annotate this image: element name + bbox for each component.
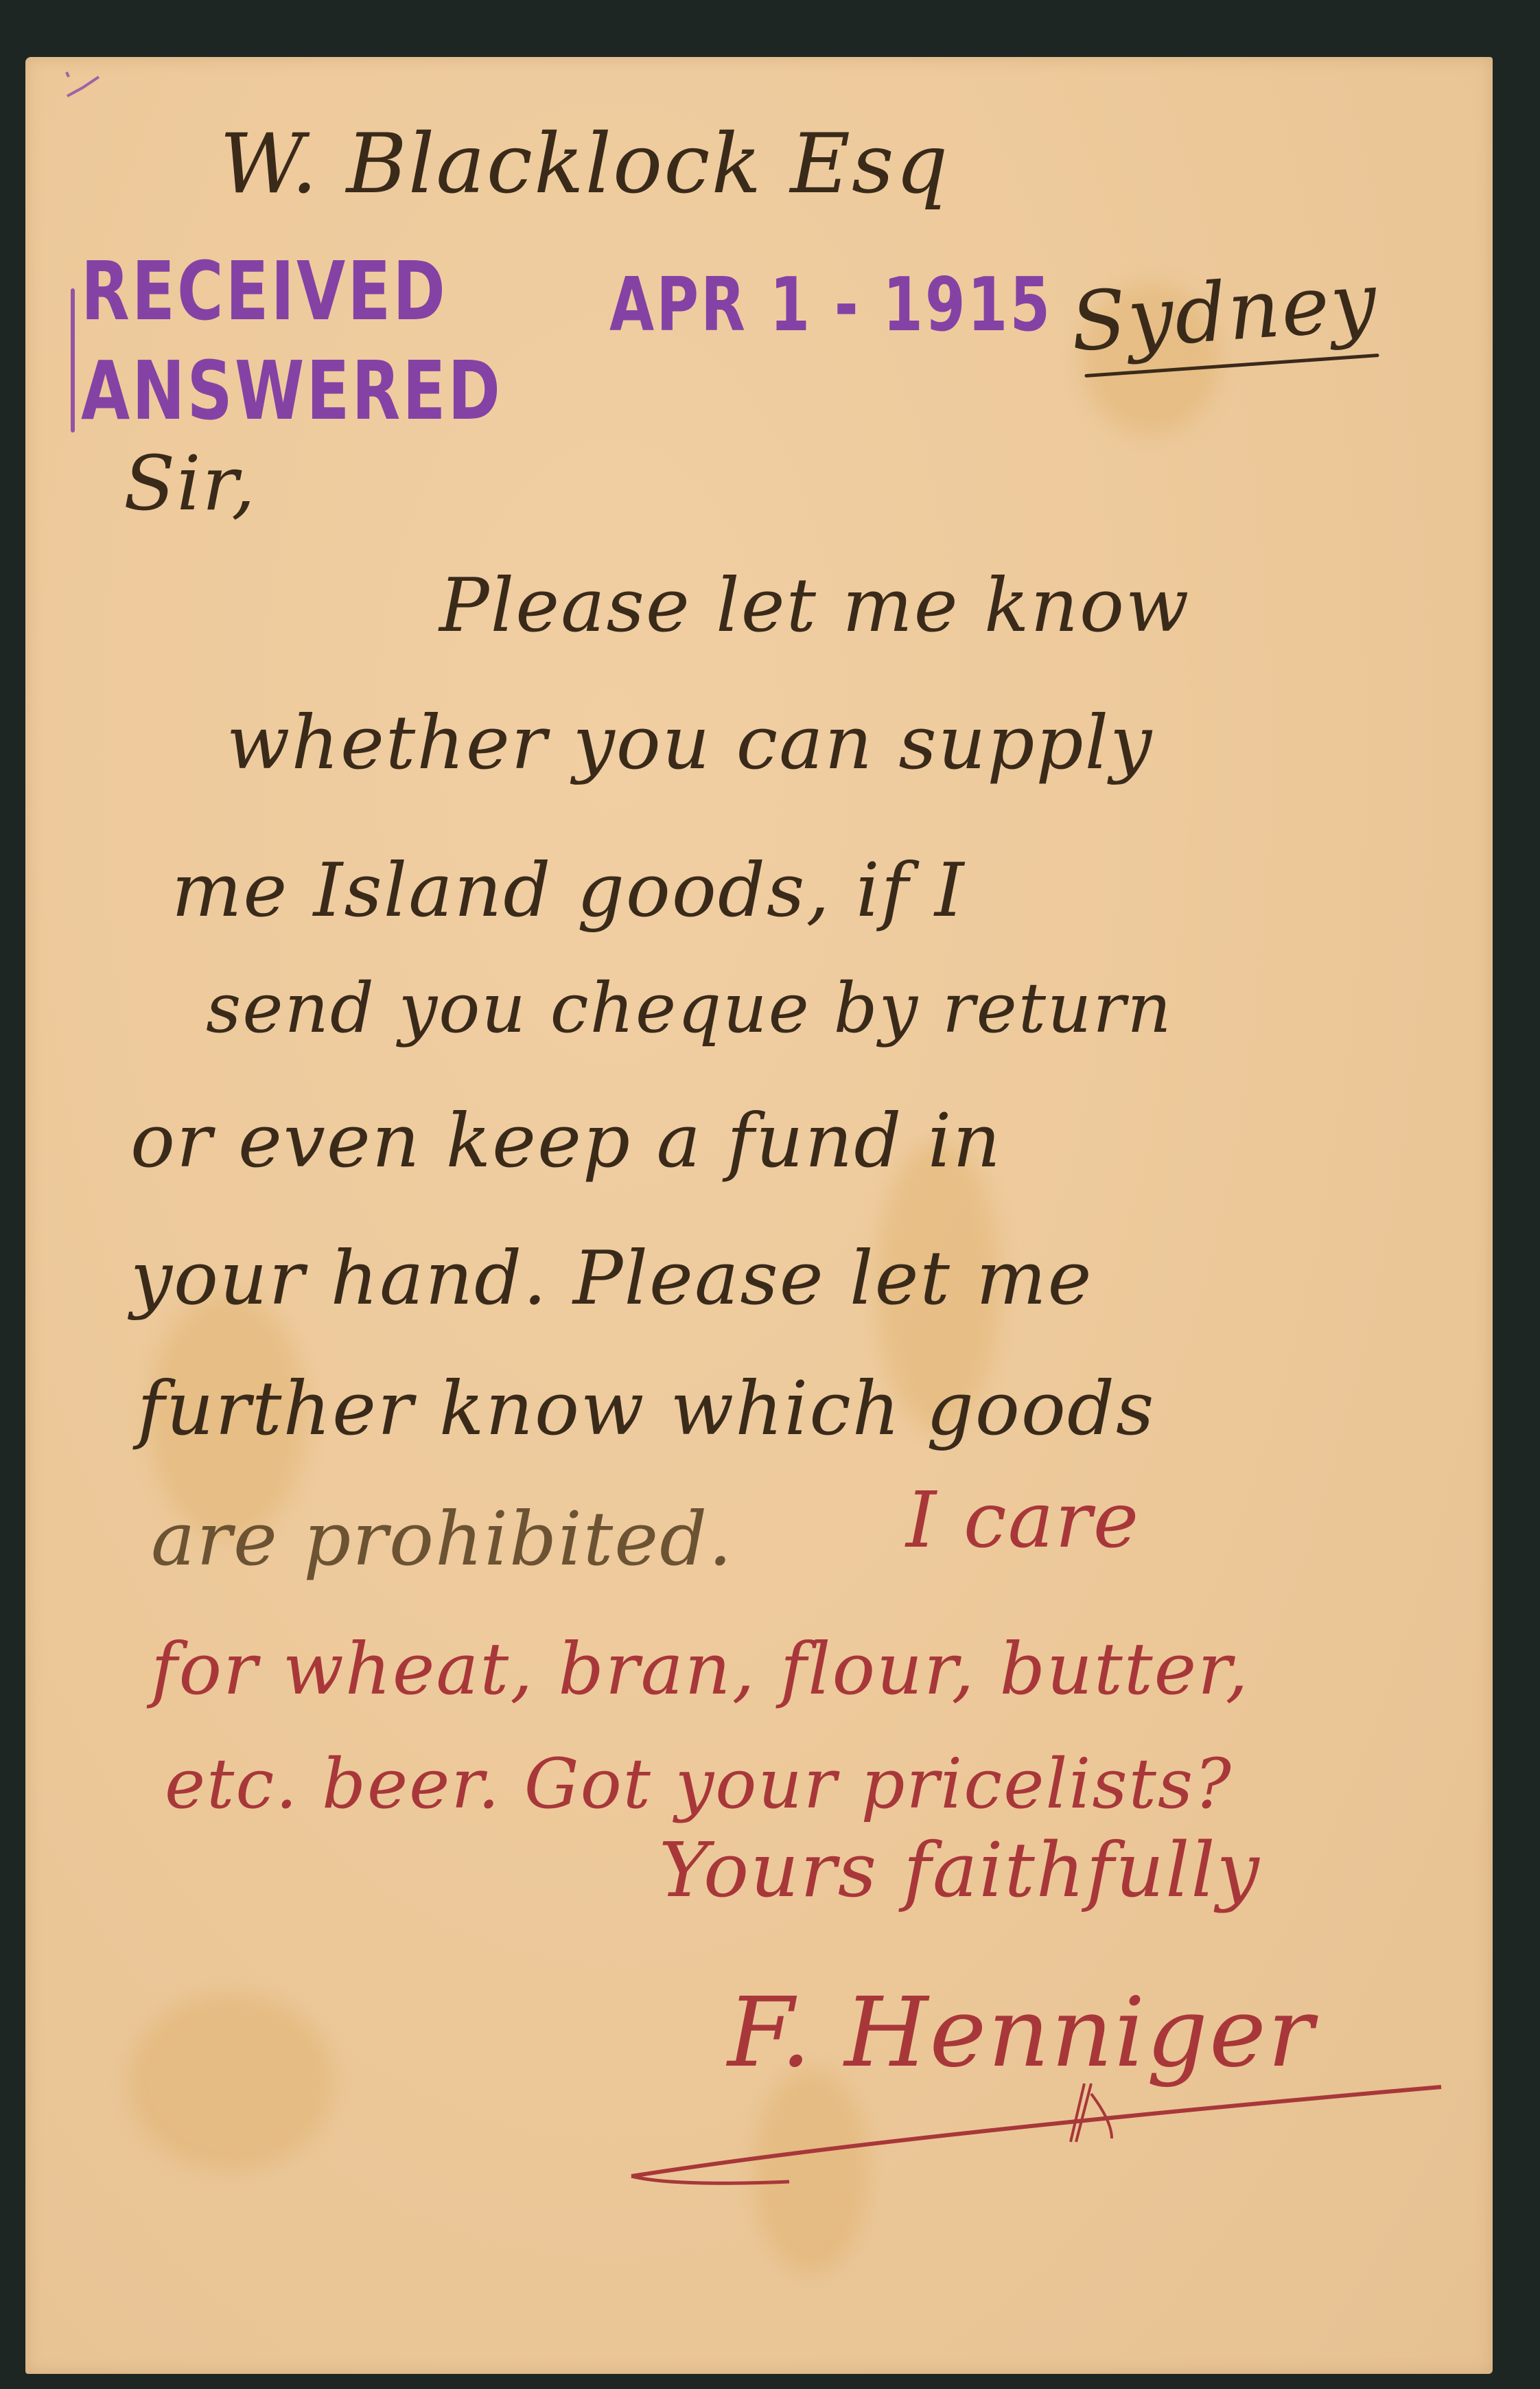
body-line: or even keep a fund in: [130, 1098, 1002, 1184]
body-line: further know which goods: [137, 1366, 1155, 1452]
closing: Yours faithfully: [659, 1826, 1261, 1914]
recipient-name: W. Blacklock Esq: [220, 117, 949, 212]
answered-stamp: ANSWERED: [81, 343, 502, 438]
red-ink-line: for wheat, bran, flour, butter,: [151, 1627, 1250, 1711]
body-line: Please let me know: [439, 563, 1190, 649]
stamp-date: APR 1 - 1915: [609, 262, 1052, 348]
ink-smudge-icon: [63, 69, 104, 110]
salutation: Sir,: [124, 439, 257, 527]
red-ink-line: etc. beer. Got your pricelists?: [165, 1744, 1233, 1824]
signature-flourish-icon: [618, 2059, 1462, 2197]
body-line: me Island goods, if I: [172, 848, 966, 934]
body-line: whether you can supply: [226, 700, 1153, 786]
body-line: your hand. Please let me: [130, 1236, 1093, 1322]
red-ink-line: I care: [906, 1476, 1140, 1565]
received-stamp: RECEIVED: [81, 244, 447, 338]
stamp-bracket: [71, 288, 75, 432]
body-line: send you cheque by return: [206, 968, 1173, 1048]
water-stain: [128, 1993, 334, 2171]
body-line: are prohibited.: [151, 1497, 734, 1582]
